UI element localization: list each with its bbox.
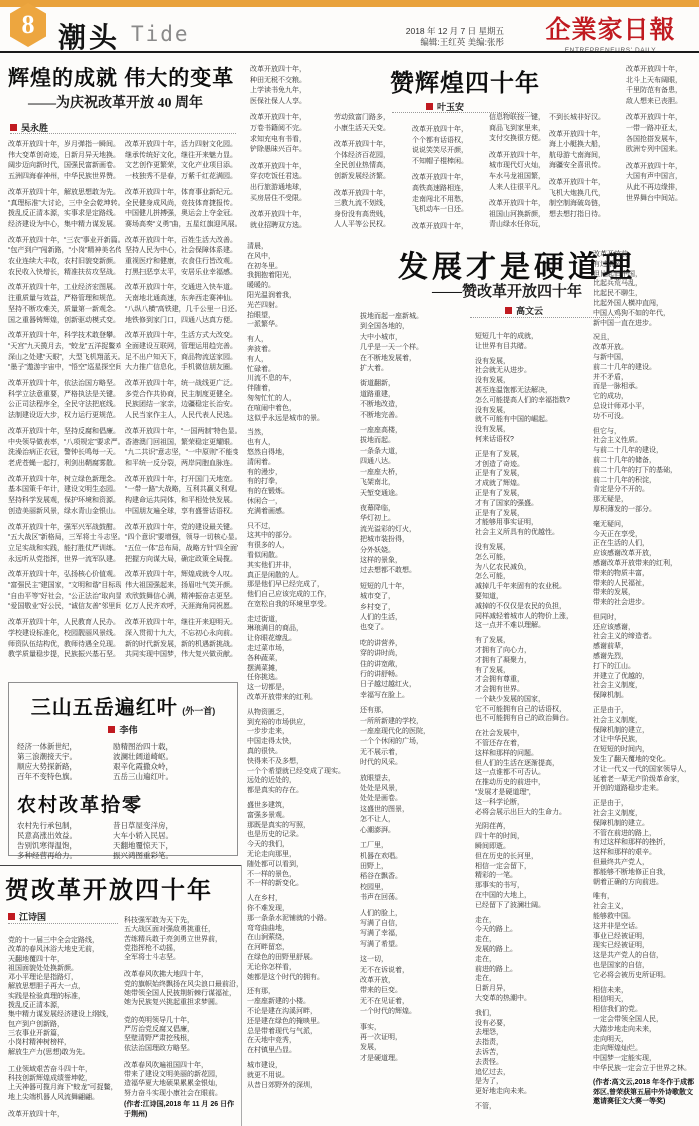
poem-line: 那既是真实的写照， [247,821,355,831]
poem-line: 农村先行承包制， [17,821,117,831]
poem-line: 改革开放四十年， [549,178,623,189]
poem-line: 朝着正确的方向前进。 [593,878,697,888]
poem-stanza: 信息物联按一键，商品飞到家里来，支付交换很方便。 [489,113,549,145]
poem-line: 才有了国家的强盛。 [475,499,590,509]
poem-line: 街道翻新， [360,379,468,389]
huihuang-subtitle: ——为庆祝改革开放 40 周年 [28,92,203,112]
poem-line: 人人平等公民权。 [334,220,408,231]
poem-line: 中华民族一定会立于世界之林。 [593,1064,697,1074]
poem-line: 机器在欢唱。 [360,852,468,862]
poem-line: 走在， [475,935,590,945]
poem-stanza: 唯有，社会主义，能够救中国。这并非是空话。事业已经被证明，现实已经被证明，这是共… [593,892,697,980]
poem-line: 努力奋斗实现小康社会在眼前。 [124,1089,239,1098]
he-column-2: 科技强军敢为天下先，五大战区面对强敌勇挑重任，苦练精兵敢于亮剑勇立世界前，党指挥… [124,916,239,1100]
poem-line: 住的讲宽敞， [360,660,468,670]
poem-line: 一个个休闲的广场， [360,737,468,747]
poem-line: 有过这样和那样的挫折， [593,838,697,848]
poem-line: 工厂里， [360,841,468,851]
poem-line: 祖国面貌处处换新颜。 [8,964,121,973]
poem-line: 这样的景象， [360,556,468,566]
poem-line: 科技强军敢为天下先， [124,916,239,925]
poem-line: 改革开放四十年，坚持反腐和倡廉。 [8,427,121,438]
poem-line: 四通八达。 [360,457,468,467]
poem-line: 社会主义制度， [593,809,697,819]
poem-line: 敌人想来已丧胆。 [626,97,698,108]
poem-stanza: 但同时，还应该感谢，社会主义的缔造者。感谢前辈，感谢先烈，打下的江山。并建立了优… [593,613,697,701]
poem-line: 前二十几年的打下的基础， [593,466,697,476]
poem-line: 解放生产力(思想)敢为先。 [8,1048,121,1057]
poem-line: 党的旗帜始终飘扬在风尖浪口最前沿， [124,980,239,989]
poem-stanza: 事实，再一次证明，发展，才是硬道理。 [360,1023,468,1065]
poem-line: 你不难发现， [247,904,355,914]
poem-line: 走在， [475,955,590,965]
poem-line: 保障机制。 [593,691,697,701]
poem-line: 在不断地发展着， [360,354,468,364]
poem-stanza: 改革开放四十年，一带一路冲亚太，各国抢搭发展车，欧洲专列中国来。 [626,113,698,155]
poem-line: 全民创业热情高， [334,161,408,172]
poem-line: 华灯初上。 [360,514,468,524]
poem-line: 社会主义制度， [593,716,697,726]
poem-stanza: 改革开放四十年，生活方式大改变。全面建设互联网，管理运用趋完善。足不出户知天下，… [125,331,238,374]
poem-stanza: 还有那，一所所新建的学校，一座座现代化的医院，一个个休闲的广场，无不展示着，时代… [360,706,468,768]
poem-line: 瞬间即逝。 [475,842,590,852]
poem-line: 伴随着， [247,384,355,394]
poem-line: 还有那， [360,706,468,716]
poem-line: 民族团结一家亲，边疆稳定长治安。 [125,400,238,411]
poem-line: 洗澡治病正衣冠，警钟长鸣每一天。 [8,448,121,459]
poem-line: 并建立了优越的， [593,672,697,682]
poem-line: 当然， [247,428,355,438]
poem-line: 这并非是空话。 [593,922,697,932]
poem-line: 改革开放四十年， [250,113,324,124]
he-footnote: (作者:江诗国,2018 年 11 月 26 日作于荆州) [124,1100,238,1119]
poem-stanza: 当然，也有人，悠然自得地，清闲着。有的漫步，有的打拳，有的在锻炼。休闲合一，充满… [247,428,355,516]
poem-line: 大踏步地走向未来， [593,1025,697,1035]
poem-line: 必将会展示出巨大的生命力。 [475,808,590,818]
poem-line: 前二十几年的储备， [593,456,697,466]
poem-line: 都是真实的存在。 [247,786,355,796]
poem-line: 才让中华民族， [593,735,697,745]
poem-line: 个个都有话语权， [412,136,486,147]
poem-line: 才创造了奇迹。 [475,460,590,470]
poem-line: 经济建设为中心，集中精力谋发展。 [8,220,121,231]
poem-line: “一带一路”大战略，互利共赢义利观。 [125,485,238,496]
poem-line: 重视医疗和健康，衣食住行皆改观。 [125,257,238,268]
poem-line: 不管在前进的路上， [593,829,697,839]
poem-line: 才会拥有世界。 [475,685,590,695]
poem-line: 日子越过越红火， [360,680,468,690]
poem-line: 坚持人民为中心，社会保障体系建。 [125,246,238,257]
poem-line: 远处的近处的， [247,776,355,786]
poem-stanza: 况且，改革开放。与新中国，前二十几年的建设。并不矛盾，而是一脉相承。它的成功，总… [593,333,697,421]
poem-line: 解放思想胆子再大一点， [8,982,121,991]
poem-line: 让你眼花缭乱。 [247,634,355,644]
masthead-logo: 企業家日報 [528,10,693,46]
poem-line: 有的漫步， [247,468,355,478]
poem-line: 改革开放四十年， [334,140,408,151]
poem-stanza: 短短的几十年，城市变了，乡村变了，人们的生活，也变了。 [360,582,468,634]
poem-stanza: 改革开放四十年，三教九流不划线，身份没有高贵贱，人人平等公民权。 [334,189,408,231]
poem-line: 能够救中国。 [593,912,697,922]
poem-line: 也是国家的自信， [593,961,697,971]
zan-column-2: 劳动致富门路多，小康生活天天变。改革开放四十年，个体经济百花园，全民创业热情高，… [334,113,408,237]
poem-line: 百年不变特色旗。 [17,772,117,782]
poem-line: 更好地走向未来。 [475,1087,590,1097]
poem-line: 各国抢搭发展车， [626,135,698,146]
poem-line: 社会就无从进步。 [475,366,590,376]
byline-marker-icon [8,913,15,920]
poem-line: 一枝独秀不是春，万紫千红花满园。 [125,172,238,183]
poem-line: 大力推广信息化，手机微信朋友圈。 [125,363,238,374]
poem-line: 匆匆忙忙的人， [247,394,355,404]
poem-stanza: 改革开放四十年，工业经济宏图展。注重质量与效益，严格管理和规范。坚持不断攻难关，… [8,283,121,326]
poem-stanza: 放眼望去，处处是风景，处处是画卷。这盛世的图景，怎不让人，心潮澎湃。 [360,774,468,836]
poem-line: 立足实战和实践，能打胜仗严训练。 [8,544,121,555]
poem-line: 不到长城非好汉。 [549,113,623,124]
byline-marker-icon [426,103,433,110]
poem-line: 没有发展， [475,543,590,553]
poem-line: 也是历史的记录。 [247,830,355,840]
poem-line: 多党合作共协商，民主制度更健全。 [125,390,238,401]
poem-line: 真的很快。 [247,747,355,757]
poem-line: 人民当家作主人，人民代表人民选。 [125,411,238,422]
poem-line: 创新发展经济繁。 [334,172,408,183]
poem-line: “九二共识”意志坚，“一中原则”不能变。 [125,448,238,459]
poem-line: 发展， [360,1043,468,1053]
poem-line: 减掉的不仅仅是农民的负担， [475,602,590,612]
poem-line: 香港澳门回祖国，繁荣稳定更耀眼。 [125,438,238,449]
poem-line: 实践是检验真理的标准， [8,992,121,1001]
poem-line: 改革开放四十年，人民教育人民办。 [8,618,121,629]
poem-line: 无论走向那里， [247,850,355,860]
poem-line: 集中精力谋发展经济建设上纲线， [8,1010,121,1019]
poem-line: 中国健儿拼搏强，奥运会上夺金冠。 [125,209,238,220]
poem-line: 学校建设标准化，校园靓丽风景线。 [8,629,121,640]
poem-line: 人们的生活， [360,613,468,623]
poem-stanza: 改革开放四十年，个个都有话语权，说说笑笑尽开颜，不知帽子棍棒闲。 [412,125,486,167]
poem-line: 没有必要， [475,1019,590,1029]
poem-line: 严厉治党反腐又倡廉， [124,1025,239,1034]
poem-stanza: 工厂里，机器在欢唱。田野上，稻谷在飘香。校园里，书声在回荡。 [360,841,468,903]
poem-line: 就不可能有中国的崛起。 [475,415,590,425]
sanshan-title-suffix: (外一首) [182,706,215,716]
poem-line: 飞机动车一日还。 [412,205,486,216]
poem-line: 就更不用说。 [247,1071,355,1081]
poem-line: 写满了希望。 [360,940,468,950]
poem-line: 改革开放四十年， [412,173,486,184]
poem-line: 飞架南北， [360,478,468,488]
section-title: 潮头 [58,16,120,56]
poem-line: 还有那， [247,987,355,997]
poem-line: 在河畔留恋， [247,943,355,953]
poem-line: 夜幕降临， [360,504,468,514]
poem-line: 改革开放四十年， [626,113,698,124]
poem-line: 不一样的景色， [247,870,355,880]
poem-line: 改革开放四十年，打开国门天地宽。 [125,475,238,486]
poem-line: 改革开放， [360,976,468,986]
poem-line: 改革开放四十年，科学技术敢登攀。 [8,331,121,342]
he-column-1: 党的十一届三中全会定路线，改革的春风沐浴大地史无前，天翻地覆四十年，祖国面貌处处… [8,936,121,1126]
poem-line: 振兴鸿图重彩笔。 [113,851,213,861]
poem-line: 这一科学论断， [475,798,590,808]
poem-line: 天翻地覆惊天下， [113,841,213,851]
poem-line: 一座座大桥， [360,468,468,478]
poem-line: 地上尖端机器人风流舞翩翩。 [8,1093,121,1102]
poem-stanza: 不到长城非好汉。 [549,113,623,124]
fazhan-byline: 高文云 [505,304,543,317]
he-author: 江诗国 [19,912,46,922]
poem-line: 抬眼望， [247,311,355,321]
poem-line: 任你挑选。 [247,673,355,683]
poem-line: 但在历史的长河里， [475,852,590,862]
poem-line: 把城市装扮得， [360,535,468,545]
zan-title: 赞辉煌四十年 [390,63,540,98]
poem-line: 走过菜市场， [247,644,355,654]
poem-line: 也有人， [247,438,355,448]
poem-line: 不断地改造， [360,400,468,410]
poem-line: 才是硬道理。 [360,1054,468,1064]
poem-line: 在绿色的田野里舒展。 [247,953,355,963]
poem-line: 社会主义， [593,902,697,912]
poem-line: 一条条大道， [360,447,468,457]
poem-line: 一带一路冲亚太， [626,124,698,135]
poem-stanza: 改革开放四十年，人民教育人民办。学校建设标准化，校园靓丽风景线。师资队伍结构优，… [8,618,121,661]
poem-line: 亿万人民齐欢呼，天涯海角同祝愿。 [125,602,238,613]
poem-stanza: 走过街道，琳琅满目的商品，让你眼花缭乱。走过菜市场，各种蔬菜，摆满菜摊，任你挑选… [247,615,355,703]
poem-line: 再一次证明， [360,1033,468,1043]
poem-line: 师资队伍结构优，教师待遇全兑现。 [8,640,121,651]
poem-line: 全面建设互联网，管理运用趋完善。 [125,342,238,353]
poem-line: 阔步迈向新时代，国强民富新画卷。 [8,161,121,172]
poem-line: 它不可能拥有自己的话语权， [475,705,590,715]
sanshan-left: 经济一体新世纪，第三浪潮接天宇。顺应大势探新路，百年不变特色旗。 [17,742,117,787]
poem-line: 充满着画感。 [247,507,355,517]
nongcun-title: 农村改革拾零 [17,790,237,817]
poem-line: 伟大变革创奇迹，日新月异天地换。 [8,151,121,162]
poem-line: 带来的发展， [593,588,697,598]
poem-stanza: 还有那，一座座新建的小楼。不论是建在沟溪河畔，还是建在绿色的掩映里。总是带着现代… [247,987,355,1056]
poem-line: 不管， [475,1102,590,1112]
poem-line: 赛场高奏“义勇”曲，五星红旗迎风展。 [125,220,238,231]
poem-line: 但同时， [593,613,697,623]
poem-line: 人们的脸上， [360,909,468,919]
poem-line: 改革开放四十年，依法治国方略坚。 [8,379,121,390]
poem-line: 有了发展， [475,636,590,646]
poem-line: 改革开放四十年， [412,125,486,136]
fazhan-column-3: 短短几十年的成就，让世界有目共睹。没有发展，社会就无从进步。没有发展，甚至连温饱… [475,332,590,1126]
poem-line: 飞机大炮换几代， [549,189,623,200]
huihuang-author: 吴永胜 [21,123,48,133]
poem-line: 无不在见证着， [360,997,468,1007]
zan-column-3: 改革开放四十年，个个都有话语权，说说笑笑尽开颜，不知帽子棍棒闲。改革开放四十年，… [412,125,486,238]
poem-line: 科学立法意重要，严格执法是关键。 [8,390,121,401]
poem-stanza: 改革开放四十年，海上小艇换大船，航母游弋南海间，海疆安全喜讯传。 [549,130,623,172]
poem-stanza: 没有发展，社会就无从进步。没有发展，甚至连温饱都无法解决，怎么可能提高人们的幸福… [475,357,590,445]
poem-line: 正是由于， [593,706,697,716]
poem-line: 一步步走来， [247,727,355,737]
poem-stanza: 改革开放四十年，交通进入快车道。天南地北通高速，东奔西走赛神仙。“八纵八横”高铁… [125,283,238,326]
nongcun-right: 昔日草屋变洋房，大车小轿入民居。天翻地覆惊天下，振兴鸿图重彩笔。 [113,821,213,866]
poem-line: 休闲合一， [247,497,355,507]
poem-line: 总设计师邓小平， [593,402,697,412]
poem-stanza: 改革开放四十年，辉煌成就令人叹。伟大祖国强起来，扬眉吐气笑开颜。欢欣鼓舞信心满，… [125,570,238,613]
poem-line: “自由平等”好社会，“公正法治”取向显。 [8,592,121,603]
poem-line: 正是有了发展， [475,469,590,479]
poem-line: 有人， [247,355,355,365]
poem-stanza: 改革开放四十年，“三农”事业开新篇。“包产到户”闯新路，“小岗”精神美名传。农业… [8,236,121,279]
poem-line: 深山之处建“天眼”，大型飞机翔蓝天。 [8,353,121,364]
column-divider-rule [241,865,242,1126]
poem-line: 一座座新建的小楼。 [247,997,355,1007]
poem-line: 大中小城市， [360,333,468,343]
poem-line: 改革开放四十年，树立绿色新理念。 [8,475,121,486]
poem-line: 支付交换很方便。 [489,134,549,145]
poem-line: 改革开放四十年， [489,151,549,162]
poem-line: 五大战区面对强敌勇挑重任， [124,925,239,934]
poem-stanza: 城市建设，就更不用说。从昔日郊野外的深圳， [247,1061,355,1090]
sanshan-title: 三山五岳遍红叶 [31,697,178,719]
fazhan-column-2: 拔地而起一座新城。到全国各地的，大中小城市，几乎是一天一个样。在不断地发展着，扩… [360,312,468,1126]
poem-line: 忙碌着。 [247,365,355,375]
poem-line: 这是共产党人的自信， [593,951,697,961]
zan-column-5: 不到长城非好汉。改革开放四十年，海上小艇换大船，航母游弋南海间，海疆安全喜讯传。… [549,113,623,226]
poem-stanza: 党的英明领导几十年，严厉治党反腐又倡廉，坚壁清野严肃挖残根，依法治国理政方略坚。 [124,1016,239,1053]
poem-line: 信息物联按一键， [489,113,549,124]
poem-stanza: 改革开放四十年，坚持反腐和倡廉。中央领导做表率，“八项规定”要求严。洗澡治病正衣… [8,427,121,470]
zan-column-6: 改革开放四十年，北斗上天布阔眼，千里防范有备患，敌人想来已丧胆。改革开放四十年，… [626,65,698,210]
poem-line: 基本国策千年计，建设文明生态园。 [8,485,121,496]
nongcun-left: 农村先行承包制，民意高涨出效益。告别饥寒得温饱，多种经营再给力。 [17,821,117,866]
poem-line: 拔地而起一座新城。 [360,312,468,322]
poem-line: 天堑变通途。 [360,489,468,499]
header-top-bar [0,0,699,7]
poem-line: 一个时代的辉煌。 [360,1007,468,1017]
poem-line: 走在， [475,974,590,984]
header-rule [0,51,699,53]
poem-line: 总是带着现代与气派， [247,1027,355,1037]
poem-line: 那事实的书写， [475,881,590,891]
poem-line: 大国有声中国言， [626,172,698,183]
poem-line: 去指责， [475,1038,590,1048]
fazhan-column-1: 清晨，在风中，在初冬里。我拥抱着阳光，暖暖的。阳光温润着我，光芒四射。抬眼望，一… [247,242,355,1126]
poem-line: 肯定是分不开的。 [593,485,697,495]
poem-line: 怎么可能， [475,572,590,582]
poem-stanza: 正是有了发展，才创造了奇迹。正是有了发展，才成就了辉煌。正是有了发展，才有了国家… [475,450,590,538]
poem-line: 城市现代灯火灿， [489,161,549,172]
poem-line: 精彩的一笔。 [475,871,590,881]
poem-line: 有过艰辛。 [593,260,697,270]
poem-line: 在宽松自我的环境里享受。 [247,600,355,610]
poem-line: 在喧闹中着色， [247,404,355,414]
poem-line: 才成就了辉煌。 [475,479,590,489]
poem-line: 一定会带领全国人民， [593,1015,697,1025]
poem-line: 社会主义所具有的优越性。 [475,528,590,538]
poem-line: 商品飞到家里来， [489,124,549,135]
poem-line: 短短几十年的成就， [475,332,590,342]
poem-line: 民意高涨出效益。 [17,831,117,841]
poem-line: 流光溢彩的灯火， [360,525,468,535]
poem-line: 还是建在绿色的掩映里。 [247,1017,355,1027]
poem-line: 感谢前辈， [593,642,697,652]
poem-line: 劳动致富门路多， [334,113,408,124]
poem-stanza: 没有发展，怎么可能，为八亿农民减负，怎么可能，减掉几千年来固有的农业税。要知道，… [475,543,590,631]
poem-line: 一派繁华。 [247,320,355,330]
poem-line: 造福华夏大地硕果累累金银灿， [124,1079,239,1088]
poem-line: 足不出户知天下，商品物流送家园。 [125,353,238,364]
poem-stanza: 有了发展，才拥有了向心力，才拥有了凝聚力，有了发展，才会拥有尊重，才会拥有世界。… [475,636,590,724]
poem-line: 这一点谁都不可否认。 [475,768,590,778]
poem-line: 公正司法程序全，全民守法把底线。 [8,400,121,411]
poem-line: 永远听从党指挥，世界一流军队建。 [8,555,121,566]
poem-stanza: 昔日草屋变洋房，大车小轿入民居。天翻地覆惊天下，振兴鸿图重彩笔。 [113,821,213,861]
poem-line: 到充裕的市场供应， [247,718,355,728]
poem-line: 正是有了发展， [475,450,590,460]
poem-line: 改革开放四十年，体育事业新纪元。 [125,188,238,199]
poem-line: 改革开放四十年，解放思想敢为先。 [8,188,121,199]
poem-line: 与前二十几年的建设， [593,446,697,456]
poem-line: 上学读书免九年， [250,86,324,97]
poem-line: 不断地完善。 [360,411,468,421]
poem-stanza: 党的十一届三中全会定路线，改革的春风沐浴大地史无前，天翻地覆四十年，祖国面貌处处… [8,936,121,1057]
poem-line: 行的讲舒畅。 [360,670,468,680]
editors-line: 编辑:王红英 美编:张彤 [330,37,504,48]
poem-stanza: 清晨，在风中，在初冬里。我拥抱着阳光，暖暖的。阳光温润着我，光芒四射。抬眼望，一… [247,242,355,330]
poem-line: 发展的路上。 [475,945,590,955]
poem-line: 没有发展， [475,376,590,386]
poem-stanza: 改革开放四十年，体育事业新纪元。全民健身成风尚，竞技体育捷报传。中国健儿拼搏强，… [125,188,238,231]
poem-line: 艰辛化霞撒众岭， [113,762,213,772]
poem-stanza: 在社会发展中，不管还存在着，这样和那样的问题。但人们的生活在逐渐提高，这一点谁都… [475,729,590,817]
poem-stanza: 不管， [475,1102,590,1112]
poem-line: 励精图治四十载， [113,742,213,752]
poem-line: 上天神器可揽月海下“蛟龙”可捉鳖， [8,1083,121,1092]
poem-line: 有了发展， [475,666,590,676]
poem-line: 改革开放四十年， [626,65,698,76]
poem-line: 改革开放四十年， [250,162,324,173]
poem-line: 琳琅满目的商品， [247,624,355,634]
poem-line: 弯弯曲曲地， [247,924,355,934]
poem-stanza: 人在乡村，你不难发现，那一条条水泥铺就的小路。弯弯曲曲地，在山涧萦绕，在河畔留恋… [247,894,355,982]
poem-line: “墨子”遨游宇宙中，“悟空”巡星探空间。 [8,363,121,374]
poem-stanza: 从物资匮乏，到充裕的市场供应，一步步走来，中国走得太快，真的很快。快得来不及多想… [247,708,355,796]
poem-line: “爱国敬业”好公民，“诚信友善”邻里间。 [8,602,121,613]
poem-line: 这样和那样的问题。 [475,749,590,759]
poem-line: 事实， [360,1023,468,1033]
poem-stanza: 正是由于，社会主义制度，保障机制的建立，才让中华民族，在短短的时间内，发生了翻天… [593,706,697,794]
poem-line: 三农事业开新篇， [8,1029,121,1038]
poem-line: 但它与， [593,427,697,437]
poem-line: 有的在锻炼。 [247,487,355,497]
poem-line: 比起外国人横冲直闯， [593,299,697,309]
poem-line: “富强民主”建国家，“文明和谐”目标现。 [8,581,121,592]
section-divider-rule [0,865,242,866]
poem-line: 改革开放四十年，工业经济宏图展。 [8,283,121,294]
poem-line: 放眼望去， [360,774,468,784]
he-title: 贺改革开放四十年 [5,870,213,905]
poem-line: 拔地而起。 [360,436,468,446]
poem-line: 比起民不聊生， [593,289,697,299]
poem-stanza: 改革开放四十年，就业招聘双方选。 [250,210,324,231]
poem-line: 心潮澎湃。 [360,826,468,836]
poem-stanza: 街道翻新，道路重建，不断地改造，不断地完善。 [360,379,468,421]
poem-line: 没有发展， [475,406,590,416]
poem-stanza: 改革开放四十年，打开国门天地宽。“一带一路”大战略，互利共赢义利观。构建命运共同… [125,475,238,518]
poem-line: 追忆过去， [475,1068,590,1078]
poem-line: 改革开放。 [593,343,697,353]
poem-line: 教学质量稳步提，民族振兴基石坚。 [8,650,121,661]
poem-line: 发生了翻天覆地的变化。 [593,755,697,765]
poem-line: 改革春风吹遍祖国四十年， [124,1061,239,1070]
